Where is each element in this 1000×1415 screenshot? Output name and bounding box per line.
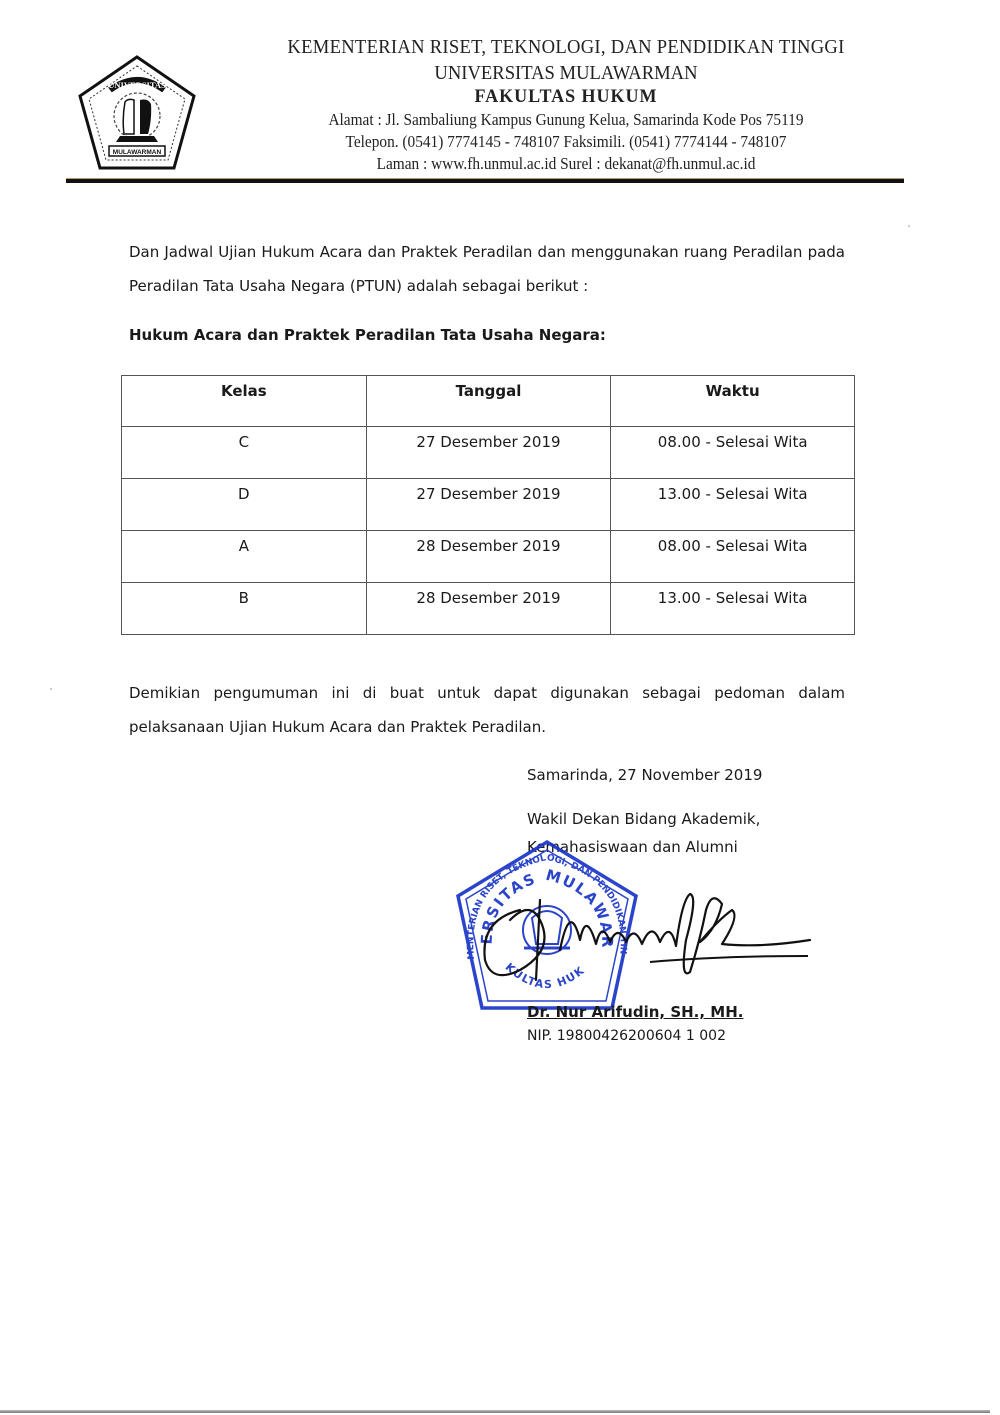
web-email-line: Laman : www.fh.unmul.ac.id Surel : dekan… (252, 154, 881, 174)
column-header-kelas: Kelas (122, 376, 367, 427)
scan-speck (50, 688, 52, 690)
svg-text:UNIVERSITAS: UNIVERSITAS (108, 80, 166, 90)
schedule-table: Kelas Tanggal Waktu C 27 Desember 2019 0… (121, 375, 855, 635)
column-header-tanggal: Tanggal (366, 376, 611, 427)
cell-tanggal: 27 Desember 2019 (366, 427, 611, 479)
phone-fax-line: Telepon. (0541) 7774145 - 748107 Faksimi… (252, 132, 881, 152)
table-row: D 27 Desember 2019 13.00 - Selesai Wita (122, 479, 855, 531)
cell-kelas: D (122, 479, 367, 531)
cell-waktu: 08.00 - Selesai Wita (611, 427, 855, 479)
cell-kelas: C (122, 427, 367, 479)
svg-text:MULAWARMAN: MULAWARMAN (113, 149, 162, 156)
cell-waktu: 13.00 - Selesai Wita (611, 479, 855, 531)
intro-paragraph: Dan Jadwal Ujian Hukum Acara dan Praktek… (129, 235, 845, 303)
ministry-name: KEMENTERIAN RISET, TEKNOLOGI, DAN PENDID… (252, 36, 881, 59)
cell-waktu: 13.00 - Selesai Wita (611, 583, 855, 635)
scan-speck (908, 225, 910, 227)
signer-role-line1: Wakil Dekan Bidang Akademik, (527, 810, 760, 828)
university-name: UNIVERSITAS MULAWARMAN (252, 62, 881, 85)
column-header-waktu: Waktu (611, 376, 855, 427)
table-header-row: Kelas Tanggal Waktu (122, 376, 855, 427)
cell-kelas: B (122, 583, 367, 635)
faculty-name: FAKULTAS HUKUM (245, 86, 887, 108)
address-line: Alamat : Jl. Sambaliung Kampus Gunung Ke… (252, 110, 881, 130)
table-row: B 28 Desember 2019 13.00 - Selesai Wita (122, 583, 855, 635)
closing-paragraph: Demikian pengumuman ini di buat untuk da… (129, 676, 845, 744)
section-heading: Hukum Acara dan Praktek Peradilan Tata U… (129, 326, 606, 344)
signer-name: Dr. Nur Arifudin, SH., MH. (527, 1003, 743, 1021)
letterhead-divider (66, 178, 904, 183)
handwritten-signature-icon (460, 880, 820, 990)
place-date: Samarinda, 27 November 2019 (527, 766, 762, 784)
cell-kelas: A (122, 531, 367, 583)
cell-tanggal: 28 Desember 2019 (366, 531, 611, 583)
cell-tanggal: 27 Desember 2019 (366, 479, 611, 531)
cell-tanggal: 28 Desember 2019 (366, 583, 611, 635)
cell-waktu: 08.00 - Selesai Wita (611, 531, 855, 583)
table-row: A 28 Desember 2019 08.00 - Selesai Wita (122, 531, 855, 583)
table-row: C 27 Desember 2019 08.00 - Selesai Wita (122, 427, 855, 479)
signer-nip: NIP. 19800426200604 1 002 (527, 1028, 726, 1044)
page-bottom-edge (0, 1410, 990, 1413)
university-emblem-icon: UNIVERSITAS MULAWARMAN (76, 54, 198, 172)
